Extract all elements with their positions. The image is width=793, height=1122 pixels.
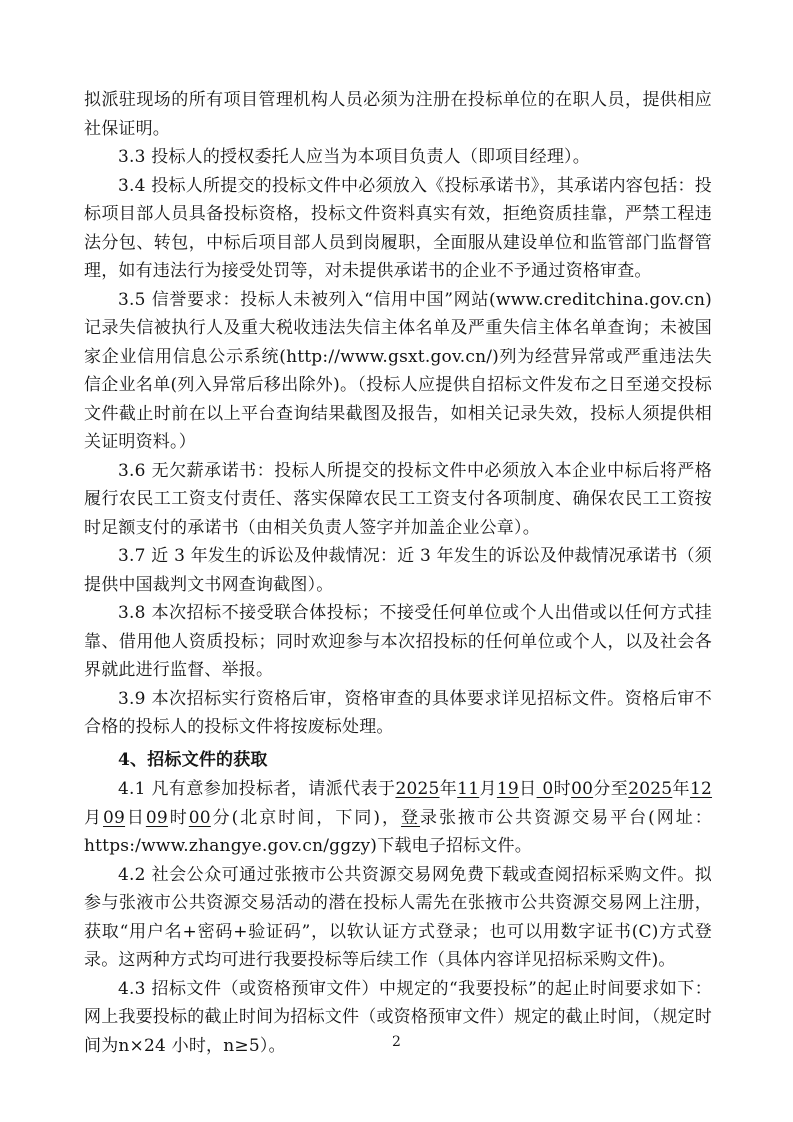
underlined-text: 09 [103,808,125,828]
text-segment: 4.1 凡有意参加投标者，请派代表于 [118,779,395,799]
underlined-text: 11 [457,779,479,799]
text-segment: 3.5 信誉要求：投标人未被列入“信用中国”网站(www.creditchina… [84,290,712,453]
para-3-9: 3.9 本次招标实行资格后审，资格审查的具体要求详见招标文件。资格后审不合格的投… [84,685,712,742]
text-segment: 日 [125,808,146,828]
para-3-4: 3.4 投标人所提交的投标文件中必须放入《投标承诺书》，其承诺内容包括：投标项目… [84,172,712,286]
text-segment: 分至 [593,779,628,799]
text-segment: 月 [84,808,103,828]
text-segment: 3.4 投标人所提交的投标文件中必须放入《投标承诺书》，其承诺内容包括：投标项目… [84,176,712,282]
underlined-text: 2025 [628,779,672,799]
text-segment: 4、招标文件的获取 [118,750,268,770]
para-3-8: 3.8 本次招标不接受联合体投标；不接受任何单位或个人出借或以任何方式挂靠、借用… [84,599,712,685]
text-segment: 时 [553,779,571,799]
underlined-text: 19 [497,779,519,799]
underlined-text: 00 [571,779,593,799]
para-4-2: 4.2 社会公众可通过张掖市公共资源交易网免费下载或查阅招标采购文件。拟参与张液… [84,861,712,975]
para-3-7: 3.7 近 3 年发生的诉讼及仲裁情况：近 3 年发生的诉讼及仲裁情况承诺书（须… [84,542,712,599]
text-segment: 3.8 本次招标不接受联合体投标；不接受任何单位或个人出借或以任何方式挂靠、借用… [84,603,712,680]
text-segment: 4.2 社会公众可通过张掖市公共资源交易网免费下载或查阅招标采购文件。拟参与张液… [84,865,712,971]
para-3-3: 3.3 投标人的授权委托人应当为本项目负责人（即项目经理）。 [84,143,712,172]
text-segment: 拟派驻现场的所有项目管理机构人员必须为注册在投标单位的在职人员，提供相应社保证明… [84,90,712,139]
page-number: 2 [0,1034,793,1050]
text-segment: 分(北京时间，下同)， [211,808,401,828]
underlined-text: 0 [537,779,554,799]
underlined-text: 2025 [395,779,439,799]
text-segment: 年 [672,779,690,799]
para-4-1: 4.1 凡有意参加投标者，请派代表于2025年11月19日 0时00分至2025… [84,775,712,861]
text-segment: 3.7 近 3 年发生的诉讼及仲裁情况：近 3 年发生的诉讼及仲裁情况承诺书（须… [84,546,712,595]
document-content: 拟派驻现场的所有项目管理机构人员必须为注册在投标单位的在职人员，提供相应社保证明… [84,86,712,1060]
text-segment: 3.9 本次招标实行资格后审，资格审查的具体要求详见招标文件。资格后审不合格的投… [84,689,712,738]
underlined-text: 12 [690,779,712,799]
para-continuation: 拟派驻现场的所有项目管理机构人员必须为注册在投标单位的在职人员，提供相应社保证明… [84,86,712,143]
text-segment: 3.6 无欠薪承诺书：投标人所提交的投标文件中必须放入本企业中标后将严格履行农民… [84,461,712,538]
text-segment: 时 [168,808,189,828]
heading-4: 4、招标文件的获取 [84,746,712,775]
underlined-text: 00 [189,808,211,828]
text-segment: 3.3 投标人的授权委托人应当为本项目负责人（即项目经理）。 [118,147,590,167]
text-segment: 日 [519,779,537,799]
para-3-6: 3.6 无欠薪承诺书：投标人所提交的投标文件中必须放入本企业中标后将严格履行农民… [84,457,712,543]
text-segment: 年 [440,779,458,799]
para-3-5: 3.5 信誉要求：投标人未被列入“信用中国”网站(www.creditchina… [84,286,712,457]
underlined-text: 登 [401,808,420,828]
underlined-text: 09 [146,808,168,828]
text-segment: 月 [479,779,497,799]
document-page: 拟派驻现场的所有项目管理机构人员必须为注册在投标单位的在职人员，提供相应社保证明… [0,0,793,1122]
